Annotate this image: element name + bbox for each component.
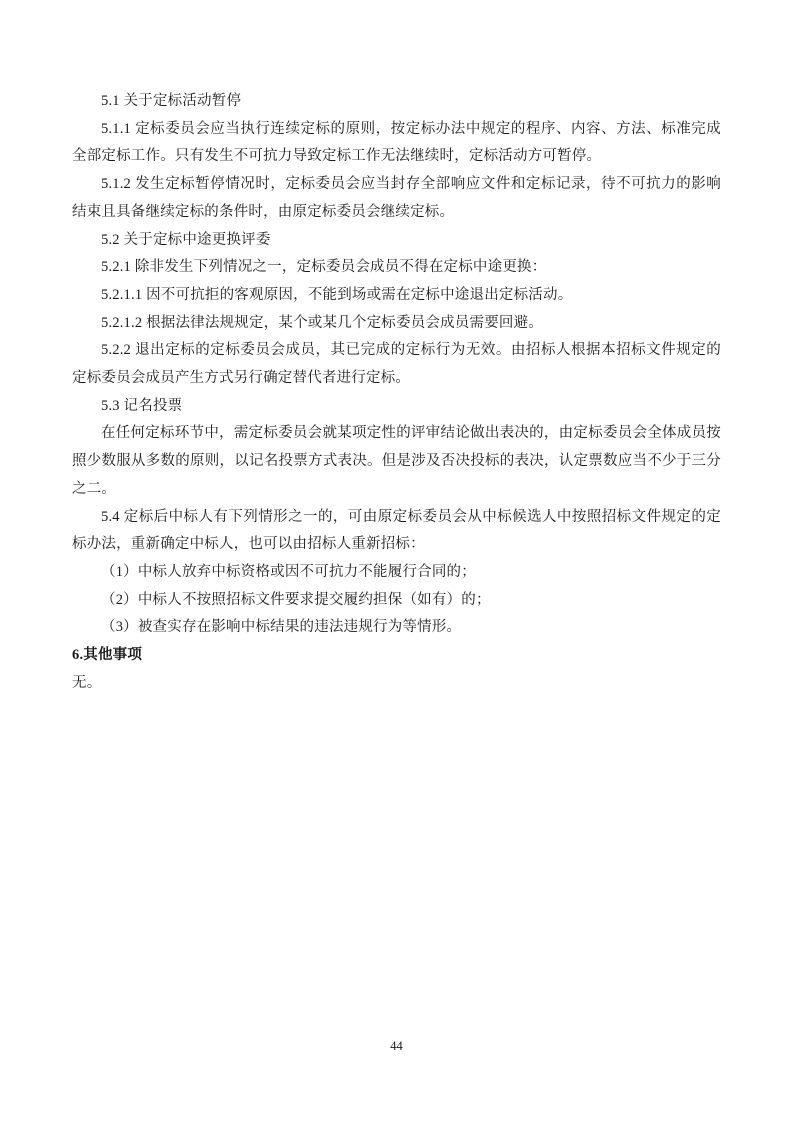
list-item-2: （2）中标人不按照招标文件要求提交履约担保（如有）的； bbox=[72, 587, 721, 615]
paragraph-5-2-1-2: 5.2.1.2 根据法律法规规定，某个或某几个定标委员会成员需要回避。 bbox=[72, 310, 721, 338]
paragraph-5-2: 5.2 关于定标中途更换评委 bbox=[72, 227, 721, 255]
list-item-1: （1）中标人放弃中标资格或因不可抗力不能履行合同的； bbox=[72, 559, 721, 587]
list-item-3: （3）被查实存在影响中标结果的违法违规行为等情形。 bbox=[72, 614, 721, 642]
paragraph-5-3: 5.3 记名投票 bbox=[72, 393, 721, 421]
document-body: 5.1 关于定标活动暂停 5.1.1 定标委员会应当执行连续定标的原则，按定标办… bbox=[72, 88, 721, 697]
paragraph-6-body: 无。 bbox=[72, 670, 721, 698]
paragraph-5-4: 5.4 定标后中标人有下列情形之一的，可由原定标委员会从中标候选人中按照招标文件… bbox=[72, 504, 721, 559]
paragraph-5-2-2: 5.2.2 退出定标的定标委员会成员，其已完成的定标行为无效。由招标人根据本招标… bbox=[72, 337, 721, 392]
paragraph-5-2-1-1: 5.2.1.1 因不可抗拒的客观原因，不能到场或需在定标中途退出定标活动。 bbox=[72, 282, 721, 310]
paragraph-5-1-2: 5.1.2 发生定标暂停情况时，定标委员会应当封存全部响应文件和定标记录，待不可… bbox=[72, 171, 721, 226]
paragraph-5-3-body: 在任何定标环节中，需定标委员会就某项定性的评审结论做出表决的，由定标委员会全体成… bbox=[72, 420, 721, 503]
page-number: 44 bbox=[0, 1038, 793, 1054]
document-page: 5.1 关于定标活动暂停 5.1.1 定标委员会应当执行连续定标的原则，按定标办… bbox=[0, 0, 793, 1122]
paragraph-5-1: 5.1 关于定标活动暂停 bbox=[72, 88, 721, 116]
section-heading-6: 6.其他事项 bbox=[72, 642, 721, 670]
paragraph-5-1-1: 5.1.1 定标委员会应当执行连续定标的原则，按定标办法中规定的程序、内容、方法… bbox=[72, 116, 721, 171]
paragraph-5-2-1: 5.2.1 除非发生下列情况之一，定标委员会成员不得在定标中途更换： bbox=[72, 254, 721, 282]
